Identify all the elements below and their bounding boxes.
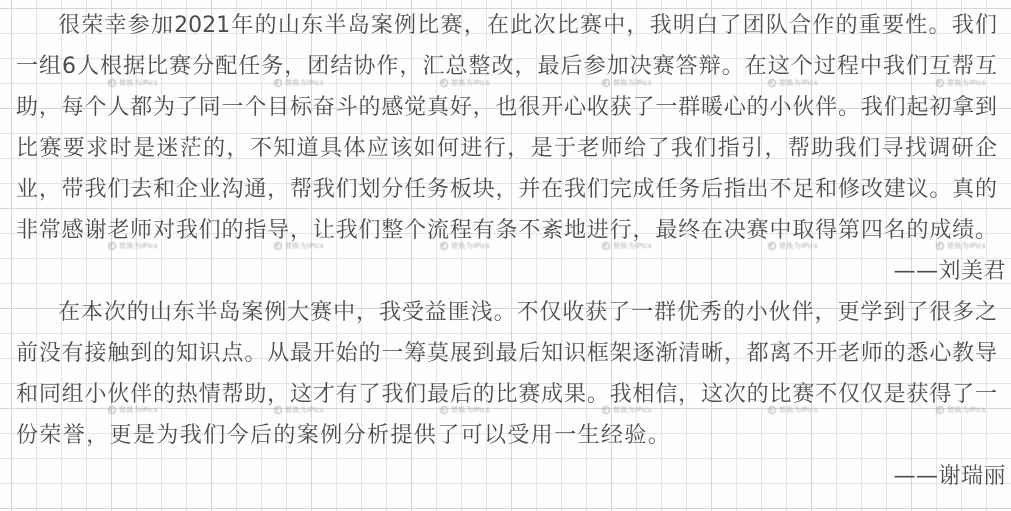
- text-line: 非常感谢老师对我们的指导，让我们整个流程有条不紊地进行，最终在决赛中取得第四名的…: [0, 210, 1011, 251]
- text-line: 一组6人根据比赛分配任务，团结协作，汇总整改，最后参加决赛答辩。在这个过程中我们…: [0, 46, 1011, 87]
- text-line: 前没有接触到的知识点。从最开始的一筹莫展到最后知识框架逐渐清晰，都离不开老师的悉…: [0, 333, 1011, 374]
- testimonial-paragraph-2: 在本次的山东半岛案例大赛中，我受益匪浅。不仅收获了一群优秀的小伙伴，更学到了很多…: [0, 292, 1011, 497]
- testimonial-text-block: 很荣幸参加2021年的山东半岛案例比赛，在此次比赛中，我明白了团队合作的重要性。…: [0, 0, 1011, 511]
- testimonial-paragraph-1: 很荣幸参加2021年的山东半岛案例比赛，在此次比赛中，我明白了团队合作的重要性。…: [0, 5, 1011, 292]
- text-line: 业，带我们去和企业沟通，帮我们划分任务板块，并在我们完成任务后指出不足和修改建议…: [0, 169, 1011, 210]
- signature-line: ——刘美君: [0, 251, 1011, 292]
- text-line: 助，每个人都为了同一个目标奋斗的感觉真好，也很开心收获了一群暖心的小伙伴。我们起…: [0, 87, 1011, 128]
- text-line: 和同组小伙伴的热情帮助，这才有了我们最后的比赛成果。我相信，这次的比赛不仅仅是获…: [0, 374, 1011, 415]
- text-line: 比赛要求时是迷茫的，不知道具体应该如何进行，是于老师给了我们指引，帮助我们寻找调…: [0, 128, 1011, 169]
- signature-line: ——谢瑞丽: [0, 456, 1011, 497]
- text-line: 很荣幸参加2021年的山东半岛案例比赛，在此次比赛中，我明白了团队合作的重要性。…: [0, 5, 1011, 46]
- text-line: 在本次的山东半岛案例大赛中，我受益匪浅。不仅收获了一群优秀的小伙伴，更学到了很多…: [0, 292, 1011, 333]
- document-page: 替换为iPics替换为iPics替换为iPics替换为iPics替换为iPics…: [0, 0, 1011, 511]
- text-line: 份荣誉，更是为我们今后的案例分析提供了可以受用一生经验。: [0, 415, 1011, 456]
